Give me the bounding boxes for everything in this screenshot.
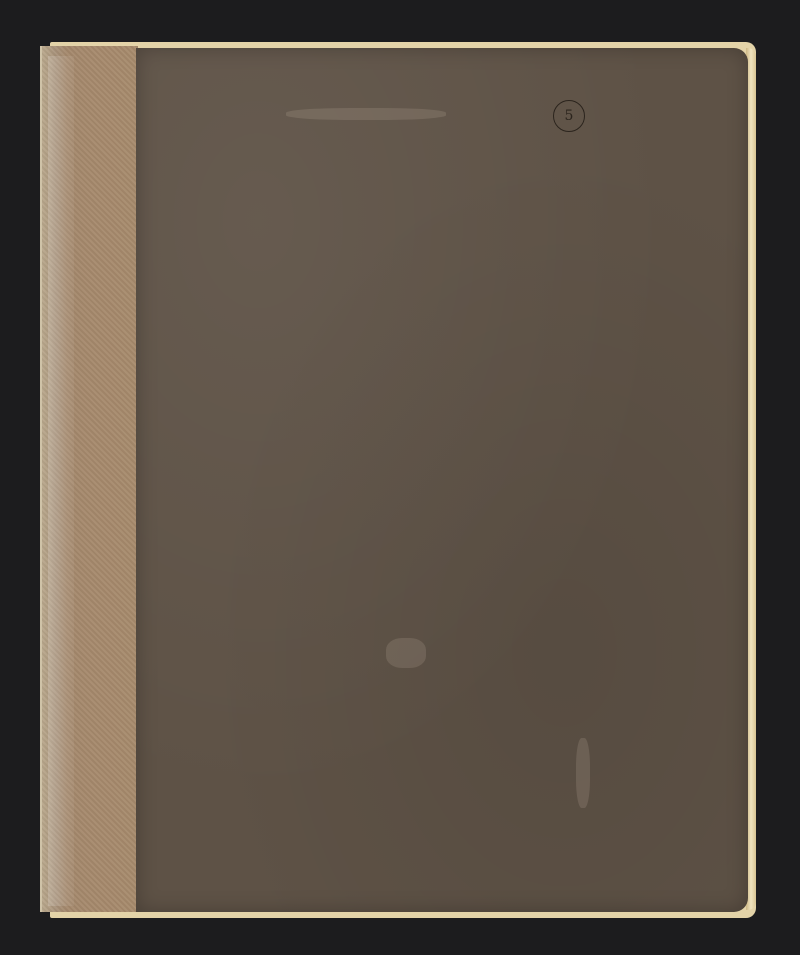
spine-sheen <box>48 56 74 906</box>
book <box>40 42 756 918</box>
scuff-mark <box>286 108 446 120</box>
front-cover-board <box>136 48 748 912</box>
scuff-mark <box>576 738 590 808</box>
cloth-spine <box>40 46 138 912</box>
scuff-mark <box>386 638 426 668</box>
handwritten-circled-number: 5 <box>553 100 585 132</box>
